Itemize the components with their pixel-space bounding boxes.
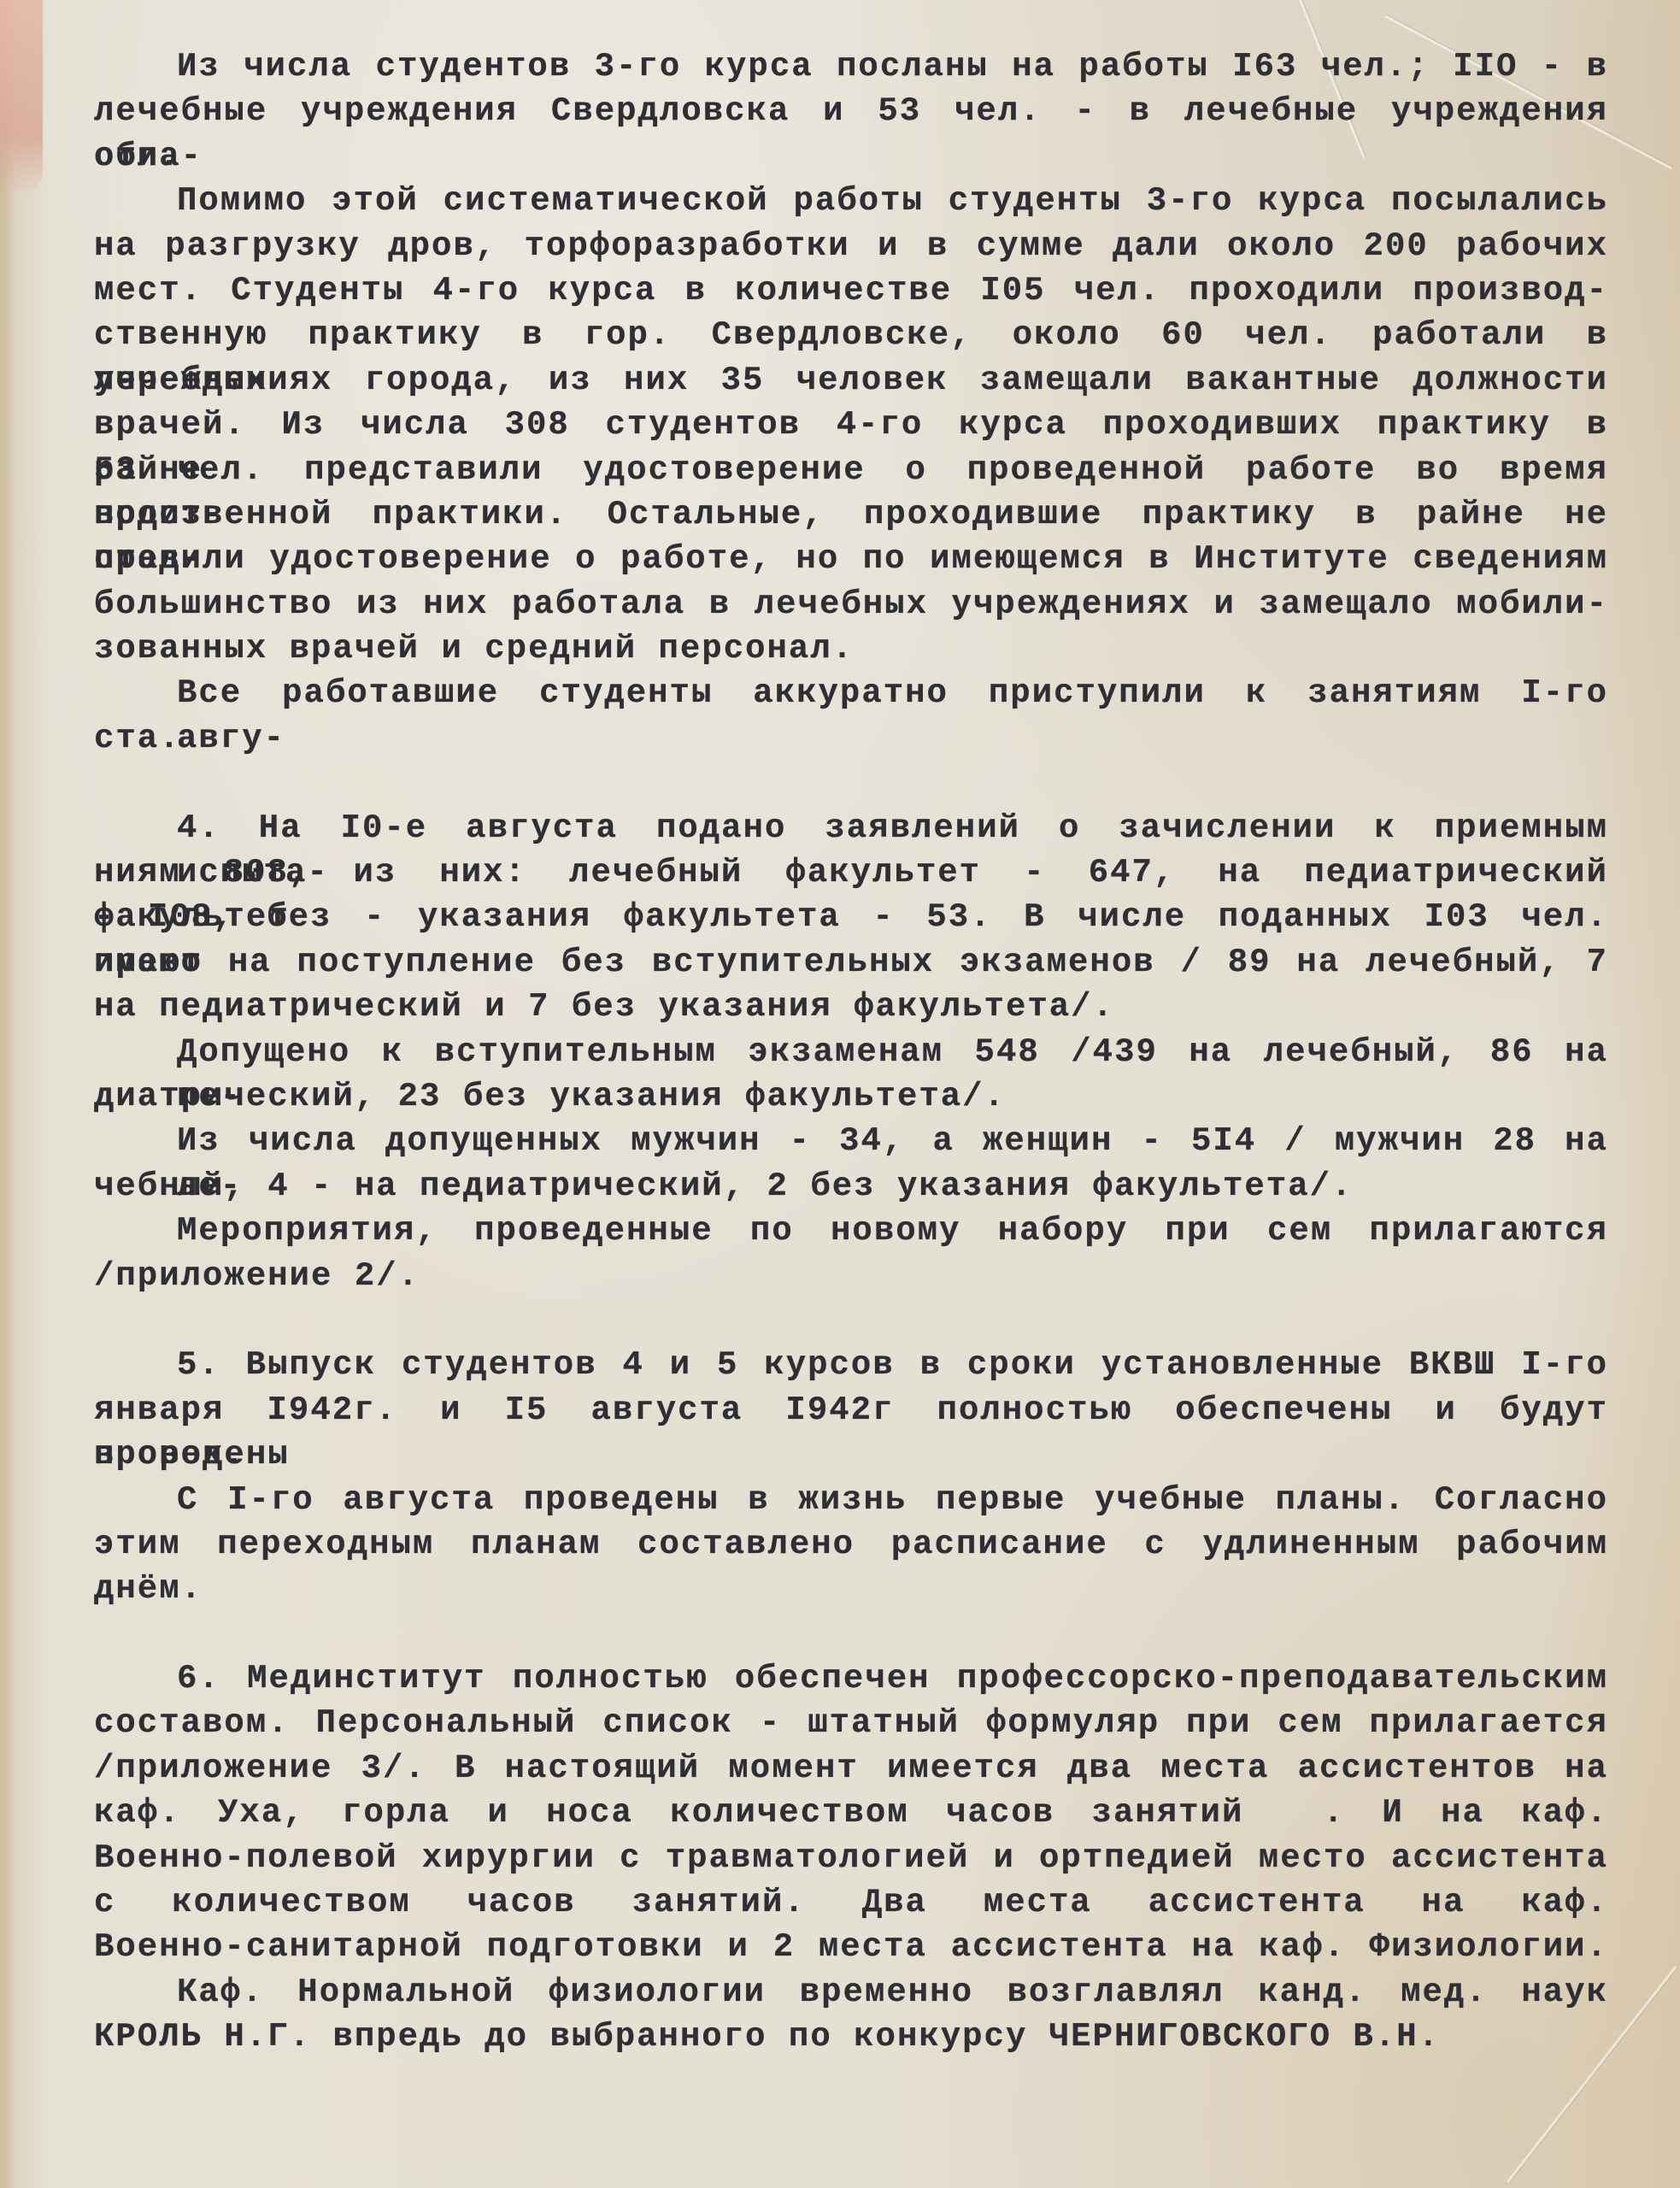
text-line: Каф. Нормальной физиологии временно возг…	[94, 1970, 1608, 2014]
text-line: сти.	[94, 134, 1608, 179]
section-5-graduation: 5. Выпуск студентов 4 и 5 курсов в сроки…	[94, 1343, 1608, 1477]
text-line: с количеством часов занятий. Два места а…	[94, 1880, 1608, 1925]
text-line: - I08, без - указания факультета - 53. В…	[94, 895, 1608, 939]
text-line: Военно-санитарной подготовки и 2 места а…	[94, 1925, 1608, 1969]
text-line: учреждениях города, из них 35 человек за…	[94, 358, 1608, 403]
blank-line	[94, 1298, 1608, 1343]
text-line: этим переходным планам составлено распис…	[94, 1522, 1608, 1567]
text-line: /приложение 3/. В настоящий момент имеет…	[94, 1746, 1608, 1791]
text-line: большинство из них работала в лечебных у…	[94, 582, 1608, 626]
section-4-measures: Мероприятия, проведенные по новому набор…	[94, 1209, 1608, 1298]
text-line: в срок.	[94, 1432, 1608, 1477]
text-line: Помимо этой систематической работы студе…	[94, 179, 1608, 223]
text-line: /приложение 2/.	[94, 1254, 1608, 1298]
section-4-gender: Из числа допущенных мужчин - 34, а женщи…	[94, 1119, 1608, 1209]
section-4-admitted: Допущено к вступительным экзаменам 548 /…	[94, 1030, 1608, 1120]
text-line: врачей. Из числа 308 студентов 4-го курс…	[94, 403, 1608, 447]
text-line: 4. На I0-е августа подано заявлений о за…	[94, 806, 1608, 850]
text-line: на разгрузку дров, торфоразработки и в с…	[94, 224, 1608, 268]
text-line: днём.	[94, 1567, 1608, 1611]
text-line: составом. Персональный список - штатный …	[94, 1701, 1608, 1745]
section-4-admissions: 4. На I0-е августа подано заявлений о за…	[94, 806, 1608, 1030]
text-line: зованных врачей и средний персонал.	[94, 626, 1608, 671]
paper-edge	[0, 0, 15, 2188]
text-line: 6. Мединститут полностью обеспечен профе…	[94, 1656, 1608, 1701]
text-line: Из числа допущенных мужчин - 34, а женщи…	[94, 1119, 1608, 1163]
text-line: на педиатрический и 7 без указания факул…	[94, 985, 1608, 1029]
section-5-curriculum: С I-го августа проведены в жизнь первые …	[94, 1478, 1608, 1612]
text-line: Все работавшие студенты аккуратно присту…	[94, 671, 1608, 715]
text-line: Мероприятия, проведенные по новому набор…	[94, 1209, 1608, 1253]
blank-line	[94, 1612, 1608, 1656]
typewritten-body: Из числа студентов 3-го курса посланы на…	[94, 44, 1608, 2060]
blank-line	[94, 761, 1608, 805]
text-line: мест. Студенты 4-го курса в количестве I…	[94, 268, 1608, 313]
text-line: право на поступление без вступительных э…	[94, 940, 1608, 985]
text-fragment: каф. Уха, горла и носа количеством часов…	[94, 1791, 1243, 1835]
text-line: ставили удостоверение о работе, но по им…	[94, 537, 1608, 581]
edge-stain	[0, 0, 43, 197]
text-line-with-blank: каф. Уха, горла и носа количеством часов…	[94, 1791, 1608, 1835]
text-line: 53 чел. представили удостоверение о пров…	[94, 448, 1608, 492]
text-line: 5. Выпуск студентов 4 и 5 курсов в сроки…	[94, 1343, 1608, 1387]
text-line: чебный, 4 - на педиатрический, 2 без ука…	[94, 1164, 1608, 1209]
text-line: диатрический, 23 без указания факультета…	[94, 1074, 1608, 1119]
text-line: КРОЛЬ Н.Г. впредь до выбранного по конку…	[94, 2014, 1608, 2059]
text-line: водственной практики. Остальные, проходи…	[94, 492, 1608, 537]
text-line: ниям 808, из них: лечебный факультет - 6…	[94, 850, 1608, 895]
section-6-physiology-head: Каф. Нормальной физиологии временно возг…	[94, 1970, 1608, 2060]
paragraph-returned-to-classes: Все работавшие студенты аккуратно присту…	[94, 671, 1608, 761]
paper-page: Из числа студентов 3-го курса посланы на…	[0, 0, 1680, 2188]
text-line: лечебные учреждения Свердловска и 53 чел…	[94, 89, 1608, 133]
text-line: Военно-полевой хирургии с травматологией…	[94, 1836, 1608, 1880]
text-line: С I-го августа проведены в жизнь первые …	[94, 1478, 1608, 1522]
text-line: ста.	[94, 716, 1608, 761]
text-line: Из числа студентов 3-го курса посланы на…	[94, 44, 1608, 89]
paragraph-additional-work: Помимо этой систематической работы студе…	[94, 179, 1608, 671]
text-line: января I942г. и I5 августа I942г полност…	[94, 1388, 1608, 1432]
text-fragment: . И на каф.	[1324, 1791, 1608, 1835]
text-line: ственную практику в гор. Свердловске, ок…	[94, 313, 1608, 357]
section-6-staff: 6. Мединститут полностью обеспечен профе…	[94, 1656, 1608, 1970]
paragraph-students-3rd-course: Из числа студентов 3-го курса посланы на…	[94, 44, 1608, 179]
text-line: Допущено к вступительным экзаменам 548 /…	[94, 1030, 1608, 1074]
